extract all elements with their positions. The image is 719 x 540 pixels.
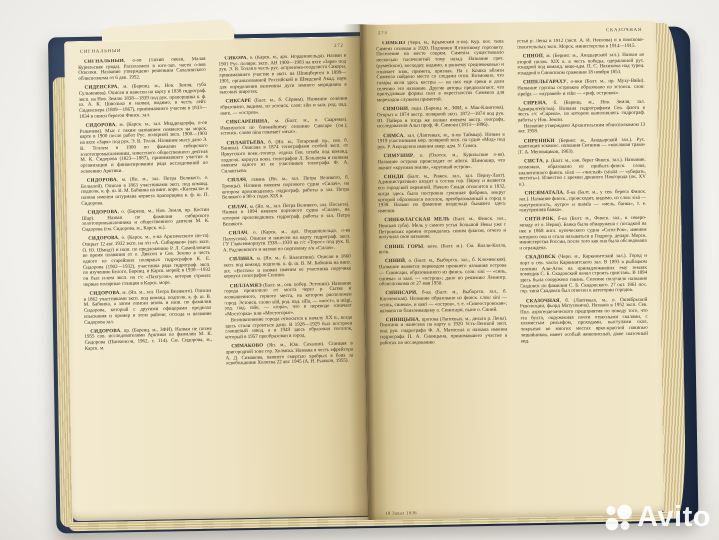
entry-headword: СИСТА [524, 159, 543, 164]
left-page-column-1: СИГНАЛЬНЫЙ, о-ов (Тихий океан, Малая Кур… [78, 57, 216, 508]
entry-headword: СИНИЕ ГОРЫ [385, 244, 424, 250]
dictionary-entry: СИКСАРЕНИНА, м. (Балт. м., о. Сааремаа).… [220, 118, 348, 138]
entry-headword: СИРЕНИКИ [524, 138, 555, 143]
dictionary-entry: СИСЯМАТАЛА, б-ка (Балт. м., у сев. берег… [519, 190, 647, 214]
right-page-number: 273 [378, 31, 388, 36]
left-running-title: СИГНАЛЬНЫЙ [80, 49, 122, 55]
entry-headword: СИДОРОВА [90, 329, 120, 335]
dictionary-entry: СИМОНИ, ледн. (Баренц. м., ЗФИ, о. Мак-К… [377, 106, 505, 130]
entry-headword: СИНИСАРИ [385, 291, 416, 296]
dictionary-entry: СИДОРОВА, м. (Карск. м., зал. Миддендорф… [80, 121, 209, 175]
dictionary-entry: СИДОРОВА, о. (Баренц. м., Нов. Земля, пр… [82, 208, 210, 234]
entry-headword: СИЛАЧ [227, 178, 246, 183]
dictionary-entry: СИНИЦЫНА, протока (Лаптевых, м., дельта … [380, 316, 508, 346]
dictionary-entry: СИДОРОВА, о. (Карск. м., о-ва Арктическо… [82, 234, 211, 288]
dictionary-entry: СИДОРОВА, м. (Яп. м., зал. Петра Великог… [83, 289, 211, 326]
dictionary-entry: СИКСАРЕ (Балт. м., б. Сёрвем). Название … [219, 97, 347, 117]
dictionary-entry: СИМСА, зал. (Лаптевых, м., п-ов Таймыр).… [377, 132, 505, 151]
dictionary-entry: СИМАКОВО (Яп. м., Юж. Сахалин). Станция … [225, 342, 353, 368]
right-page-columns: СИМЕИЗ (Черн. м., Крымский п-ов). Кур. п… [376, 38, 650, 505]
left-page-columns: СИГНАЛЬНЫЙ, о-ов (Тихий океан, Малая Кур… [78, 54, 356, 508]
entry-continuation: устья р. Лены в 1912 (эксп. А. И. Неелов… [517, 38, 645, 51]
dictionary-entry: Возникновение города относится к началу … [225, 315, 353, 341]
dictionary-entry: СИДЕНСЕРА, м. (Баренц. м., Нов. Земля, г… [79, 83, 207, 120]
avito-watermark-label: Avito [637, 501, 711, 534]
avito-logo-icon [604, 503, 634, 533]
entry-headword: СИМАКОВО [231, 344, 263, 350]
entry-headword: СИДОРОВА [86, 123, 116, 129]
dictionary-entry: СИТИ-РОК, б-ка (Балт. м., Финск. зал., к… [519, 216, 647, 252]
right-page-column-1: СИМЕИЗ (Черн. м., Крымский п-ов). Кур. п… [376, 40, 510, 506]
left-page-number: 272 [334, 44, 344, 49]
entry-headword: СИДОРОВА [88, 236, 118, 242]
dictionary-entry: СИМЕИЗ (Черн. м., Крымский п-ов). Кур. п… [376, 40, 504, 104]
dictionary-entry: СИНИЕ ГОРЫ, возв. (Балт. м.). См. Валли-… [379, 243, 507, 256]
dictionary-entry: Название утверждено Архангельским облисп… [518, 122, 646, 135]
right-running-title: СКАЗОЧНАЯ [606, 28, 642, 33]
entry-headword: СИРЕНА [523, 101, 546, 106]
entry-headword: СИНЕФЛАГСКАЯ МЕЛЬ [384, 217, 449, 223]
entry-headword: СИМОНИ [383, 107, 408, 112]
entry-headword: СИНИЙ [385, 259, 405, 264]
entry-headword: СИКСАРЕ [225, 99, 251, 105]
entry-headword: СИНДИ [384, 175, 404, 180]
dictionary-entry: СИЛАЧ, м. (Яп. м., зал. Петра Великого, … [222, 202, 350, 228]
entry-headword: СИДОРОВА [89, 291, 119, 297]
entry-headword: СИГНАЛЬНЫЙ [84, 59, 124, 65]
open-book: СИГНАЛЬНЫЙ 272 СИГНАЛЬНЫЙ, о-ов (Тихий о… [39, 0, 698, 538]
dictionary-entry: СИНИЙ, о. (Балт. м., Выборгск. зал., б. … [379, 258, 507, 288]
entry-headword: СИКСАРЕНИНА [226, 119, 268, 125]
dictionary-entry: СИНДИ (Балт. м., Рижск. зал., зал. Перну… [378, 173, 506, 215]
entry-headword: СИПЕЛЬГАРАХУ [523, 80, 567, 86]
entry-headword: СИМУШИР [384, 154, 414, 159]
left-page-header: СИГНАЛЬНЫЙ 272 [80, 44, 344, 55]
left-page-column-2: СИКОРА, о. (Карск. м., арх. Норденшельда… [218, 54, 356, 505]
entry-headword: СИДОРОВА [87, 178, 117, 184]
print-signature: 18 Заказ 1936 [385, 510, 417, 516]
entry-headword: СКАДОВСК [525, 255, 555, 260]
dictionary-entry: СИЛАЧ, гавань (Яп. м., зал. Петра Велико… [221, 176, 349, 202]
entry-headword: СИЛИНА [229, 257, 253, 263]
avito-watermark: Avito [604, 501, 711, 534]
entry-headword: СИМСА [383, 133, 403, 138]
dictionary-entry: СИМУШИР, о. (Охотск. м., Курильские о-ва… [378, 153, 506, 172]
dictionary-entry: СИЛИНА, м. (Яп. м., б. Валентина). Описа… [223, 255, 351, 281]
dictionary-entry: СИЛЛАМЯЭ (Балт. м., сев. побер. Эстонии)… [224, 281, 352, 318]
entry-headword: СИЛАЧ [228, 205, 247, 210]
entry-headword: СИМЕИЗ [382, 41, 405, 46]
entry-headword: СКАЗОЧНАЯ [526, 299, 560, 304]
dictionary-entry: СИРЕНА, б. (Баренц. м., Нов. Земля, зал.… [517, 100, 645, 124]
dictionary-entry: СИПЕЛЬГАРАХУ, о-вки (Балт. м., пр. Муху-… [517, 79, 645, 98]
entry-headword: СИСЯМАТАЛА [525, 191, 564, 197]
dictionary-entry: СИГНАЛЬНЫЙ, о-ов (Тихий океан, Малая Кур… [78, 57, 206, 83]
right-page: 273 СКАЗОЧНАЯ СИМЕИЗ (Черн. м., Крымский… [360, 19, 665, 520]
entry-headword: СИЛАЧ [229, 231, 248, 236]
entry-headword: СИНИЦЫНА [386, 317, 419, 322]
entry-headword: СИЛЛАМЯЭ [230, 283, 262, 289]
dictionary-entry: СИДОРОВА, пр. (Баренц. м., ЗФИ). Назван … [84, 327, 212, 353]
entry-headword: СИЛАНТЬЕВА [226, 140, 263, 146]
dictionary-entry: СИНИСАРИ, б-ка (Балт. м., Выборгск. зал.… [379, 290, 507, 314]
photo-of-open-book: { "photo": { "background_color": "#f2f1e… [0, 0, 719, 540]
right-page-header: 273 СКАЗОЧНАЯ [378, 28, 642, 36]
dictionary-entry: СКАЗОЧНАЯ, б. (Лаптевых, м., о. Октябрьс… [520, 297, 648, 344]
dictionary-entry: СИРЕНИКИ (Беринг. м., Анадырский зал.). … [518, 137, 646, 156]
left-page: СИГНАЛЬНЫЙ 272 СИГНАЛЬНЫЙ, о-ов (Тихий о… [64, 36, 368, 521]
entry-headword: СИНОП [523, 54, 543, 59]
entry-headword: СИДОРОВА [88, 210, 118, 216]
dictionary-entry: СИЛАЧ, о. (Карск. м., арх. Норденшельда,… [223, 228, 351, 254]
right-page-content: 273 СКАЗОЧНАЯ СИМЕИЗ (Черн. м., Крымский… [376, 28, 650, 506]
entry-headword: СИТИ-РОК [525, 217, 554, 222]
dictionary-entry: СИКОРА, о. (Карск. м., арх. Норденшельда… [218, 54, 346, 97]
dictionary-entry: СИНОП, м. (Беринг. м., Анадырский зал.).… [517, 53, 645, 77]
dictionary-entry: СИНЕФЛАГСКАЯ МЕЛЬ (Балт. м., Финск. зал.… [378, 217, 506, 241]
dictionary-entry: СКАДОВСК (Черн. м., Каркинитский зал.). … [519, 254, 647, 296]
entry-headword: СИДЕНСЕРА [85, 85, 118, 91]
dictionary-entry: СИДОРОВА, м. (Яп. м., зал. Петра Великог… [81, 176, 209, 208]
dictionary-entry: СИСТА, р. (Балт. м., юж. берег Финск. за… [518, 158, 646, 188]
entry-headword: СИКОРА [224, 56, 246, 62]
right-page-column-2: устья р. Лены в 1912 (эксп. А. И. Неелов… [517, 38, 651, 504]
left-page-content: СИГНАЛЬНЫЙ 272 СИГНАЛЬНЫЙ, о-ов (Тихий о… [78, 44, 357, 509]
dictionary-entry: СИЛАНТЬЕВА, б. (Яп. м., Татарский пр., с… [220, 138, 348, 175]
